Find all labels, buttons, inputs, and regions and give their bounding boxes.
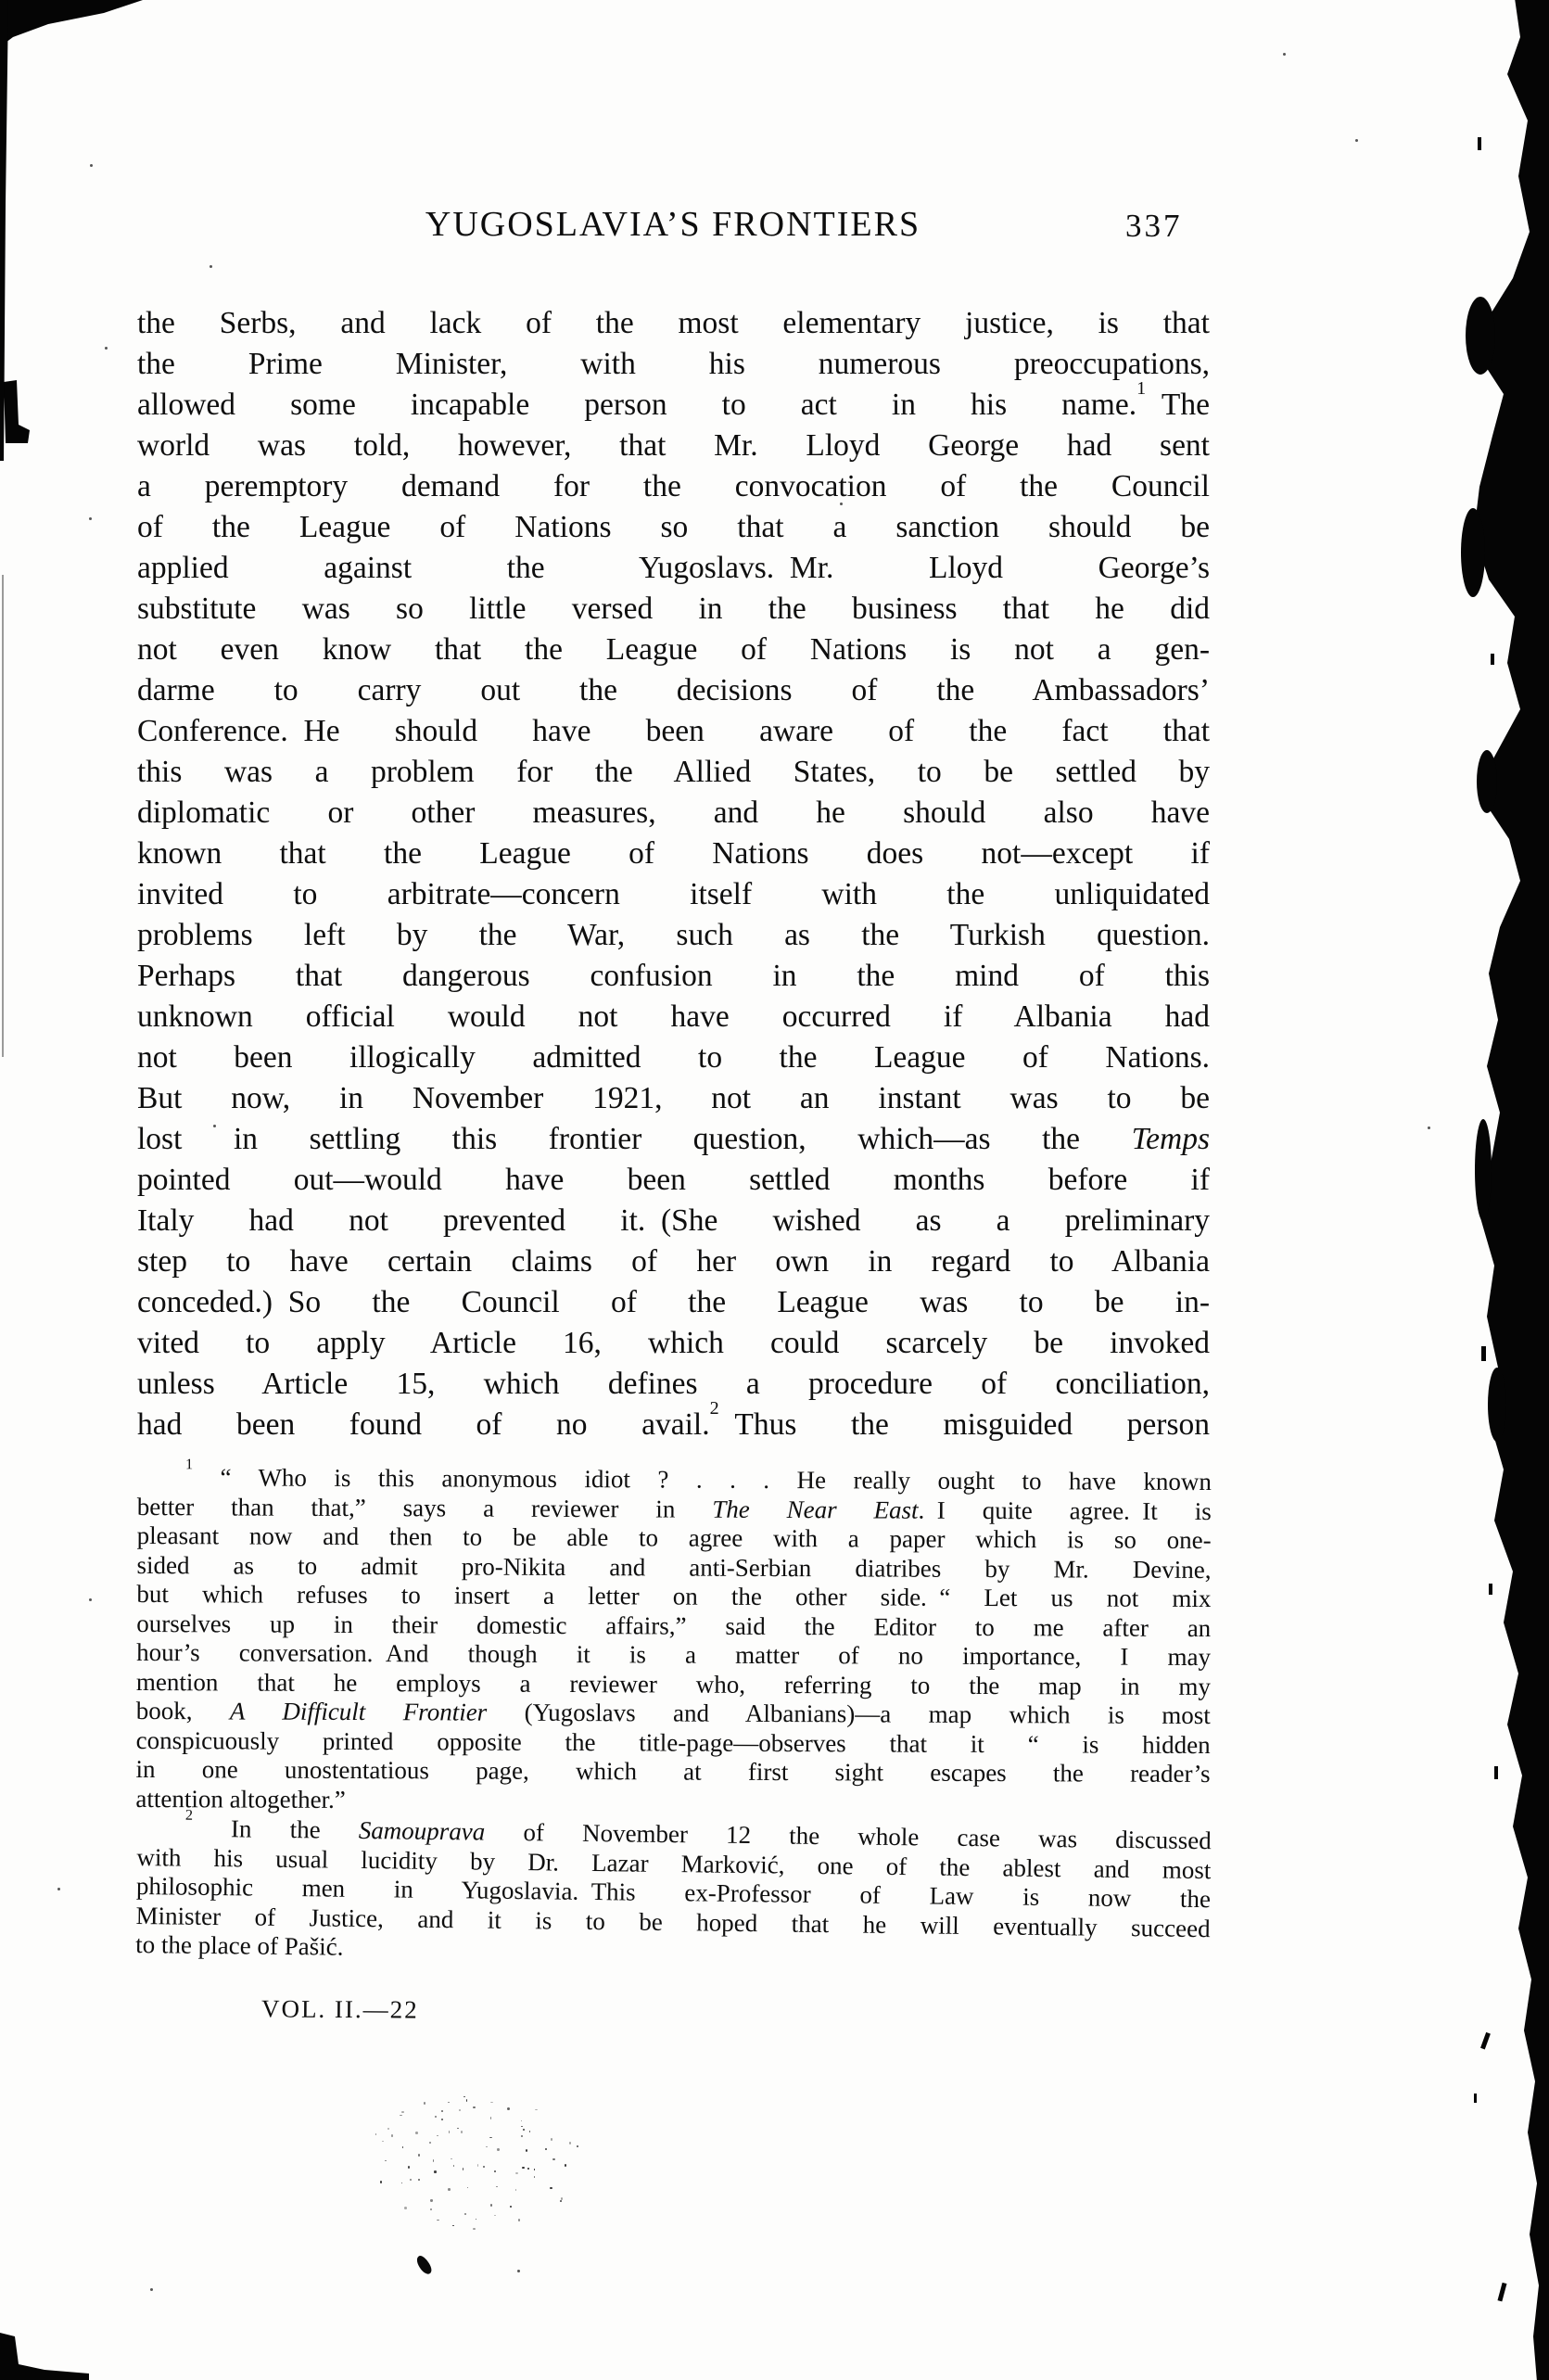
- body-line: this was a problem for the Allied States…: [137, 752, 1210, 793]
- page-title: YUGOSLAVIA’S FRONTIERS: [425, 204, 921, 245]
- footnote-1: 1 “ Who is this anonymous idiot ? . . . …: [135, 1463, 1212, 1818]
- footnote-line: in one unostentatious page, which at fir…: [135, 1755, 1210, 1789]
- scan-artifact-left-strip: [0, 0, 8, 461]
- volume-label: VOL. II.—22: [261, 1994, 419, 2024]
- body-line: Perhaps that dangerous confusion in the …: [137, 956, 1210, 997]
- page-number: 337: [1125, 208, 1183, 245]
- body-line: of the League of Nations so that a sanct…: [137, 507, 1210, 548]
- body-line: had been found of no avail.2 Thus the mi…: [137, 1405, 1210, 1445]
- ink-blob: [413, 2254, 434, 2276]
- body-line: a peremptory demand for the convocation …: [137, 466, 1210, 507]
- body-line: invited to arbitrate—concern itself with…: [137, 874, 1210, 915]
- body-line: known that the League of Nations does no…: [137, 834, 1210, 874]
- body-text: the Serbs, and lack of the most elementa…: [137, 303, 1210, 1445]
- body-line: unknown official would not have occurred…: [137, 997, 1210, 1037]
- footnote-line: ourselves up in their domestic affairs,”…: [136, 1609, 1211, 1643]
- footnote-line: attention altogether.”: [135, 1784, 1210, 1818]
- footnote-line: mention that he employs a reviewer who, …: [136, 1667, 1211, 1701]
- body-line: lost in settling this frontier question,…: [137, 1119, 1210, 1160]
- body-line: not been illogically admitted to the Lea…: [137, 1037, 1210, 1078]
- body-line: But now, in November 1921, not an instan…: [137, 1078, 1210, 1119]
- footnote-line: book, A Difficult Frontier (Yugoslavs an…: [136, 1697, 1211, 1731]
- footnote-line: sided as to admit pro-Nikita and anti-Se…: [136, 1550, 1211, 1585]
- body-line: conceded.) So the Council of the League …: [137, 1282, 1210, 1323]
- scanned-book-page: YUGOSLAVIA’S FRONTIERS 337 the Serbs, an…: [0, 0, 1549, 2380]
- footnote-2: 2 In the Samouprava of November 12 the w…: [135, 1814, 1212, 1973]
- footnote-line: 1 “ Who is this anonymous idiot ? . . . …: [137, 1463, 1212, 1497]
- body-line: pointed out—would have been settled mont…: [137, 1160, 1210, 1201]
- footnote-line: conspicuously printed opposite the title…: [136, 1725, 1211, 1760]
- body-line: darme to carry out the decisions of the …: [137, 670, 1210, 711]
- footnote-line: but which refuses to insert a letter on …: [136, 1580, 1211, 1614]
- body-line: unless Article 15, which defines a proce…: [137, 1364, 1210, 1405]
- body-line: not even know that the League of Nations…: [137, 630, 1210, 670]
- footnote-line: better than that,” says a reviewer in Th…: [137, 1492, 1212, 1526]
- body-line: Conference. He should have been aware of…: [137, 711, 1210, 752]
- body-line: the Serbs, and lack of the most elementa…: [137, 303, 1210, 344]
- body-line: vited to apply Article 16, which could s…: [137, 1323, 1210, 1364]
- scan-artifact-top-left: [0, 0, 148, 48]
- body-line: applied against the Yugoslavs. Mr. Lloyd…: [137, 548, 1210, 589]
- body-line: the Prime Minister, with his numerous pr…: [137, 344, 1210, 385]
- body-line: diplomatic or other measures, and he sho…: [137, 793, 1210, 834]
- body-line: substitute was so little versed in the b…: [137, 589, 1210, 630]
- body-line: Italy had not prevented it. (She wished …: [137, 1201, 1210, 1241]
- scan-artifact-right-edge: [1474, 0, 1549, 2380]
- scan-artifact-bottom-left: [0, 2333, 89, 2380]
- body-line: step to have certain claims of her own i…: [137, 1241, 1210, 1282]
- footnote-line: pleasant now and then to be able to agre…: [137, 1521, 1212, 1556]
- body-line: problems left by the War, such as the Tu…: [137, 915, 1210, 956]
- footnote-line: hour’s conversation. And though it is a …: [136, 1638, 1211, 1673]
- scan-artifact-left-hook: [4, 380, 30, 443]
- body-line: world was told, however, that Mr. Lloyd …: [137, 426, 1210, 466]
- body-line: allowed some incapable person to act in …: [137, 385, 1210, 426]
